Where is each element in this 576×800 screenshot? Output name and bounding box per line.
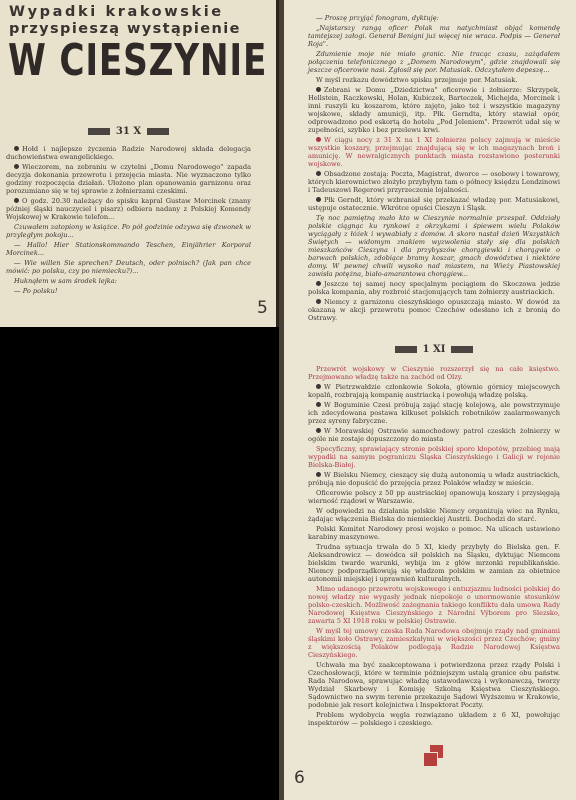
paragraph: Problem wydobycia węgla rozwiązano układ… bbox=[308, 711, 560, 727]
paragraph: W Pietrzwałdzie członkowie Sokoła, główn… bbox=[308, 383, 560, 399]
paragraph: — Proszę przyjąć fonogram, dyktuję: bbox=[308, 14, 560, 22]
right-article-body: — Proszę przyjąć fonogram, dyktuję: „Naj… bbox=[308, 14, 560, 767]
bullet-icon bbox=[316, 137, 321, 142]
bullet-icon bbox=[14, 198, 19, 203]
rule-bar bbox=[451, 346, 473, 353]
paragraph: Zebrani w Domu „Dziedzictwa" oficerowie … bbox=[308, 86, 560, 134]
paragraph: Niemcy z garnizonu cieszyńskiego opuszcz… bbox=[308, 298, 560, 322]
paragraph-highlight: Mimo udanego przewrotu wojskowego i entu… bbox=[308, 585, 560, 625]
headline-line-1: Wypadki krakowskie bbox=[9, 4, 224, 20]
paragraph-highlight: Specyficzny, sprawiający stronie polskie… bbox=[308, 445, 560, 469]
paragraph: Uchwała ma być zaakceptowana i potwierdz… bbox=[308, 661, 560, 709]
paragraph: Huknąłem w sam środek lejka: bbox=[6, 277, 251, 285]
paragraph: W Boguminie Czesi próbują zająć stację k… bbox=[308, 401, 560, 425]
paragraph-highlight: W myśl tej umowy czeska Rada Narodowa ob… bbox=[308, 627, 560, 659]
paragraph: Hołd i najlepsze życzenia Radzie Narodow… bbox=[6, 145, 251, 161]
bullet-icon bbox=[316, 281, 321, 286]
paragraph: Płk Gerndt, który wzbraniał się przekaza… bbox=[308, 196, 560, 212]
paragraph: Obsadzone zostają: Poczta, Magistrat, dw… bbox=[308, 170, 560, 194]
paragraph: Trudna sytuacja trwała do 5 XI, kiedy pr… bbox=[308, 543, 560, 583]
bullet-icon bbox=[316, 384, 321, 389]
paragraph: — Po polsku! bbox=[6, 287, 251, 295]
bullet-icon bbox=[14, 164, 19, 169]
paragraph: W Morawskiej Ostrawie samochodowy patrol… bbox=[308, 427, 560, 443]
bullet-icon bbox=[316, 87, 321, 92]
paragraph: Polski Komitet Narodowy prosi wojsko o p… bbox=[308, 525, 560, 541]
rule-bar bbox=[147, 128, 169, 135]
paragraph: Jeszcze tej samej nocy specjalnym pociąg… bbox=[308, 280, 560, 296]
date-label: 31 X bbox=[116, 126, 141, 137]
bullet-icon bbox=[14, 146, 19, 151]
paragraph: Tę noc pamiętną mało kto w Cieszynie nor… bbox=[308, 214, 560, 278]
bullet-icon bbox=[316, 402, 321, 407]
paragraph-highlight: Przewrót wojskowy w Cieszynie rozszerzył… bbox=[308, 365, 560, 381]
bullet-icon bbox=[316, 171, 321, 176]
paragraph: Czuwałem zatopiony w książce. Po pół god… bbox=[6, 223, 251, 239]
paragraph: — Wie willen Sie sprechen? Deutsch, oder… bbox=[6, 259, 251, 275]
rule-bar bbox=[395, 346, 417, 353]
bullet-icon bbox=[316, 472, 321, 477]
paragraph: Zdumienie moje nie miało granic. Nie tra… bbox=[308, 50, 560, 74]
date-label: 1 XI bbox=[423, 344, 446, 355]
paragraph: W Bielsku Niemcy, cieszący się dużą auto… bbox=[308, 471, 560, 487]
page-6: — Proszę przyjąć fonogram, dyktuję: „Naj… bbox=[284, 0, 576, 800]
bullet-icon bbox=[316, 428, 321, 433]
paragraph: Wieczorem, na zebraniu w czytelni „Domu … bbox=[6, 163, 251, 195]
paragraph: — Hallo! Hier Stationskommando Teschen, … bbox=[6, 241, 251, 257]
date-marker-1xi: 1 XI bbox=[308, 344, 560, 355]
paragraph-highlight: W ciągu nocy z 31 X na 1 XI żołnierze po… bbox=[308, 136, 560, 168]
page-number: 5 bbox=[257, 298, 268, 318]
bullet-icon bbox=[316, 299, 321, 304]
paragraph: „Najstarszy rangą oficer Polak ma natych… bbox=[308, 24, 560, 48]
paragraph: O godz. 20.30 należący do spisku kapral … bbox=[6, 197, 251, 221]
rule-bar bbox=[88, 128, 110, 135]
end-mark-logo-icon bbox=[424, 745, 444, 767]
date-marker-31x: 31 X bbox=[6, 126, 251, 137]
bullet-icon bbox=[316, 197, 321, 202]
paragraph: W odpowiedzi na działania polskie Niemcy… bbox=[308, 507, 560, 523]
paragraph: W myśl rozkazu dowództwo spisku przejmuj… bbox=[308, 76, 560, 84]
page-5: Wypadki krakowskie przyspieszą wystąpien… bbox=[0, 0, 279, 327]
headline-main: W CIESZYNIE bbox=[8, 38, 267, 84]
left-article-body: 31 X Hołd i najlepsze życzenia Radzie Na… bbox=[6, 126, 251, 297]
paragraph: Oficerowie polscy z 50 pp austriackiej o… bbox=[308, 489, 560, 505]
page-number: 6 bbox=[294, 768, 305, 788]
